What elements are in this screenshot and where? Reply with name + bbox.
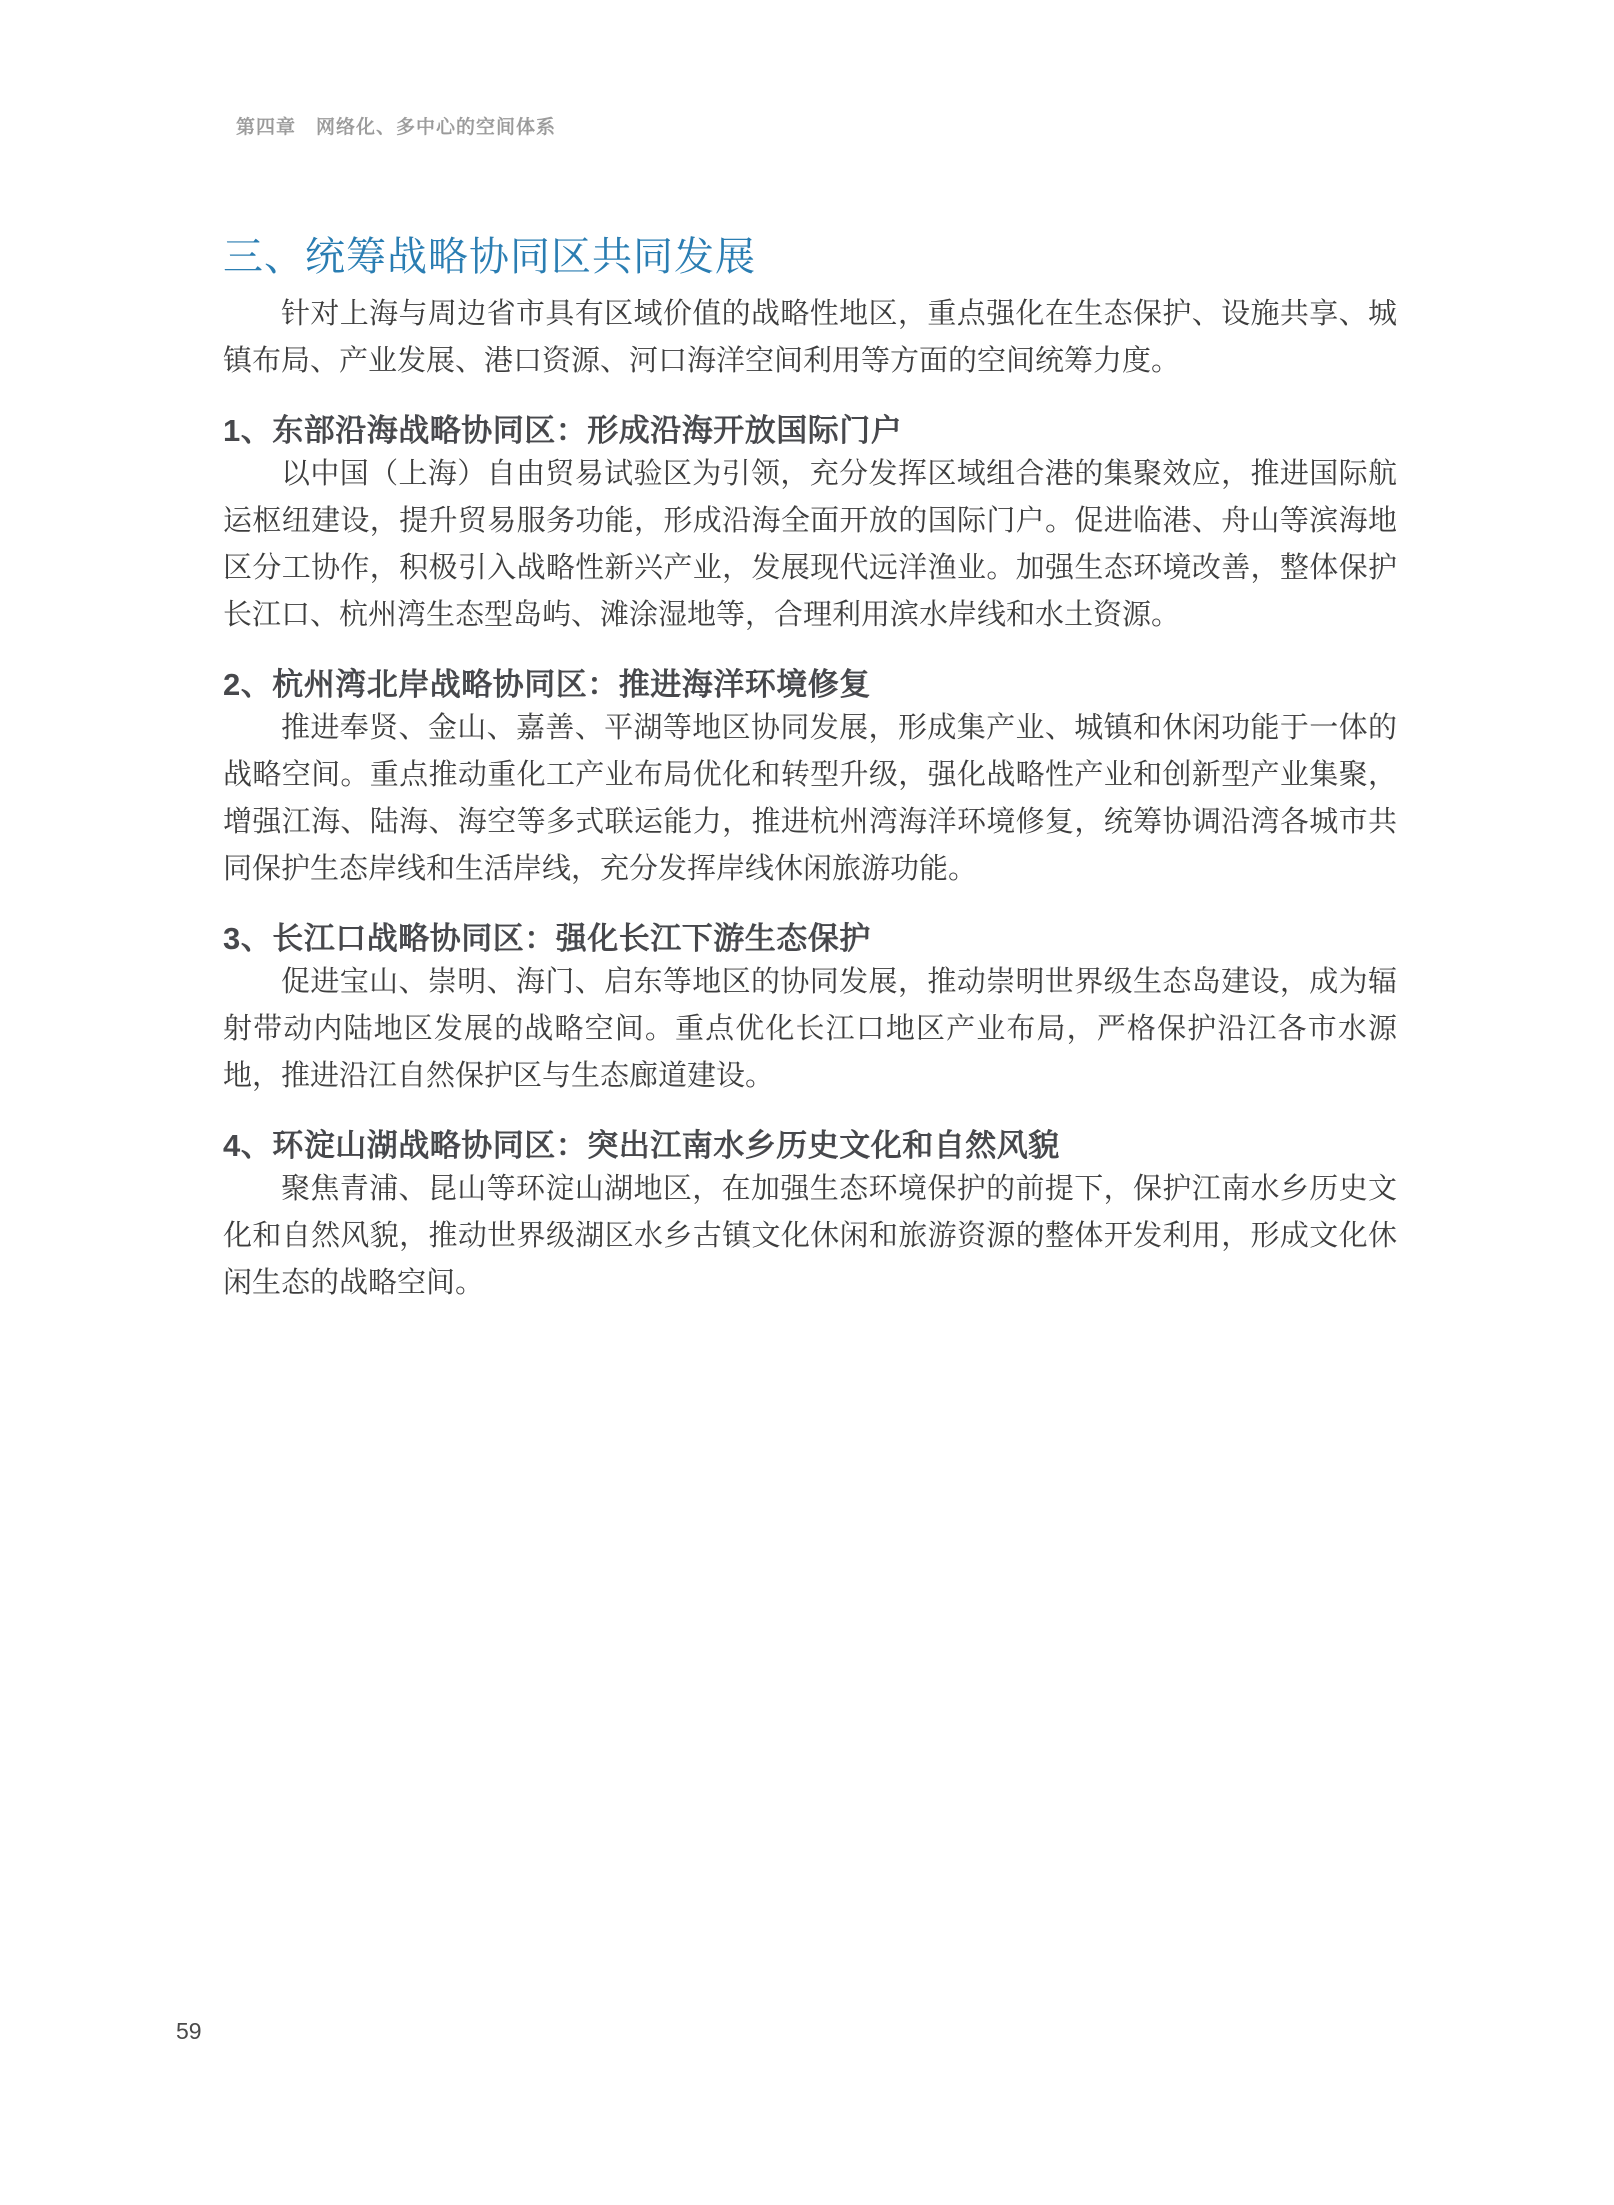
subsection-paragraph-2: 推进奉贤、金山、嘉善、平湖等地区协同发展，形成集产业、城镇和休闲功能于一体的战略… [223,705,1397,893]
intro-paragraph: 针对上海与周边省市具有区域价值的战略性地区，重点强化在生态保护、设施共享、城镇布… [223,291,1397,385]
document-page: 第四章 网络化、多中心的空间体系 三、统筹战略协同区共同发展 针对上海与周边省市… [0,0,1614,2205]
running-header: 第四章 网络化、多中心的空间体系 [236,112,556,139]
page-number: 59 [176,2018,202,2045]
subsection-paragraph-4: 聚焦青浦、昆山等环淀山湖地区，在加强生态环境保护的前提下，保护江南水乡历史文化和… [223,1166,1397,1307]
subsection-heading-3: 3、长江口战略协同区：强化长江下游生态保护 [223,919,1397,959]
subsection-heading-1: 1、东部沿海战略协同区：形成沿海开放国际门户 [223,411,1397,451]
page-content: 三、统筹战略协同区共同发展 针对上海与周边省市具有区域价值的战略性地区，重点强化… [223,231,1397,1307]
subsection-paragraph-3: 促进宝山、崇明、海门、启东等地区的协同发展，推动崇明世界级生态岛建设，成为辐射带… [223,959,1397,1100]
subsection-heading-2: 2、杭州湾北岸战略协同区：推进海洋环境修复 [223,665,1397,705]
section-title: 三、统筹战略协同区共同发展 [223,231,1397,283]
subsection-paragraph-1: 以中国（上海）自由贸易试验区为引领，充分发挥区域组合港的集聚效应，推进国际航运枢… [223,451,1397,639]
subsection-heading-4: 4、环淀山湖战略协同区：突出江南水乡历史文化和自然风貌 [223,1126,1397,1166]
